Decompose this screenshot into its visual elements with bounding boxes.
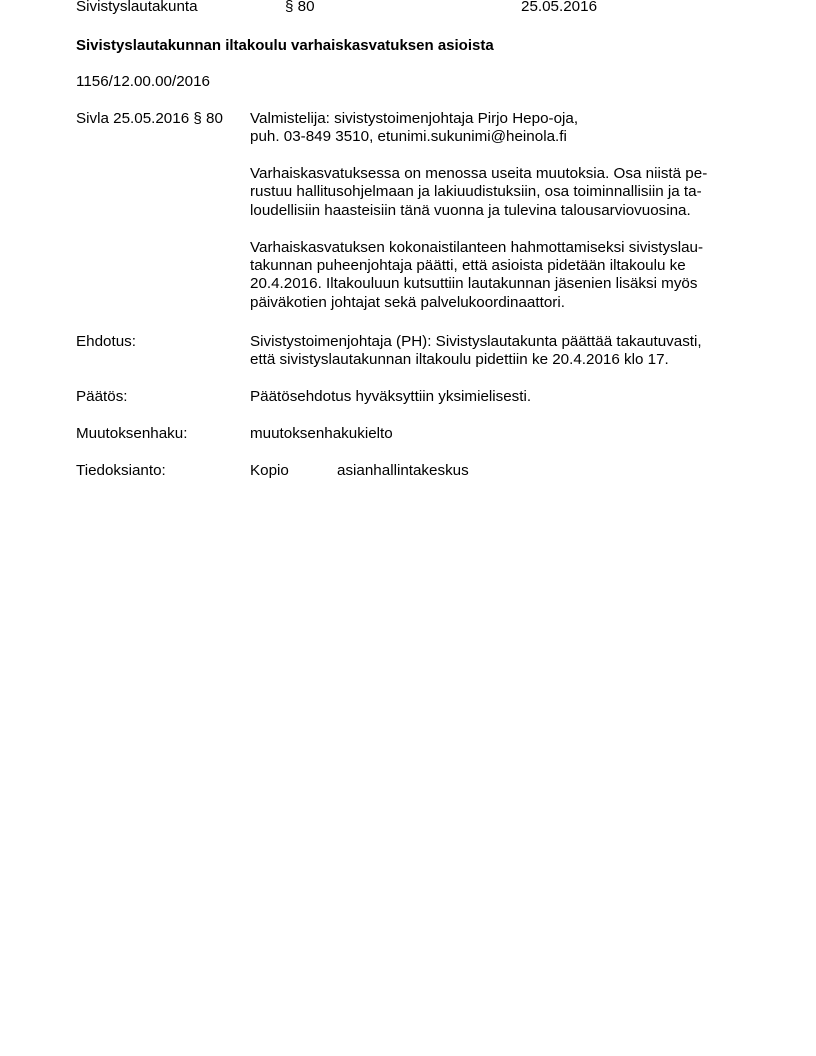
- paragraph-1-line-1: Varhaiskasvatuksessa on menossa useita m…: [250, 165, 750, 183]
- notification-content: Kopioasianhallintakeskus: [250, 462, 750, 480]
- paragraph-1-line-2: rustuu hallitusohjelmaan ja lakiuudistuk…: [250, 183, 750, 201]
- paragraph-2-line-4: päiväkotien johtajat sekä palvelukoordin…: [250, 294, 750, 312]
- preparer-line-2: puh. 03-849 3510, etunimi.sukunimi@heino…: [250, 128, 750, 146]
- paragraph-2-line-3: 20.4.2016. Iltakouluun kutsuttiin lautak…: [250, 275, 750, 293]
- header-date: 25.05.2016: [521, 0, 597, 15]
- preparer-line-1: Valmistelija: sivistystoimenjohtaja Pirj…: [250, 110, 750, 128]
- document-title: Sivistyslautakunnan iltakoulu varhaiskas…: [76, 37, 494, 54]
- appeal-text: muutoksenhakukielto: [250, 425, 750, 443]
- header-section-number: § 80: [285, 0, 315, 15]
- document-number: 1156/12.00.00/2016: [76, 73, 210, 90]
- notification-recipient: asianhallintakeskus: [337, 462, 469, 479]
- preparation-content: Valmistelija: sivistystoimenjohtaja Pirj…: [250, 110, 750, 312]
- notification-type: Kopio: [250, 462, 337, 480]
- proposal-line-2: että sivistyslautakunnan iltakoulu pidet…: [250, 351, 750, 369]
- proposal-content: Sivistystoimenjohtaja (PH): Sivistyslaut…: [250, 333, 750, 370]
- appeal-label: Muutoksenhaku:: [76, 425, 187, 442]
- paragraph-2-line-2: takunnan puheenjohtaja päätti, että asio…: [250, 257, 750, 275]
- paragraph-1-line-3: loudellisiin haasteisiin tänä vuonna ja …: [250, 202, 750, 220]
- preparation-label: Sivla 25.05.2016 § 80: [76, 110, 223, 127]
- notification-label: Tiedoksianto:: [76, 462, 166, 479]
- decision-text: Päätösehdotus hyväksyttiin yksimielisest…: [250, 388, 750, 406]
- paragraph-2-line-1: Varhaiskasvatuksen kokonaistilanteen hah…: [250, 239, 750, 257]
- proposal-line-1: Sivistystoimenjohtaja (PH): Sivistyslaut…: [250, 333, 750, 351]
- header-board-name: Sivistyslautakunta: [76, 0, 198, 15]
- decision-label: Päätös:: [76, 388, 128, 405]
- proposal-label: Ehdotus:: [76, 333, 136, 350]
